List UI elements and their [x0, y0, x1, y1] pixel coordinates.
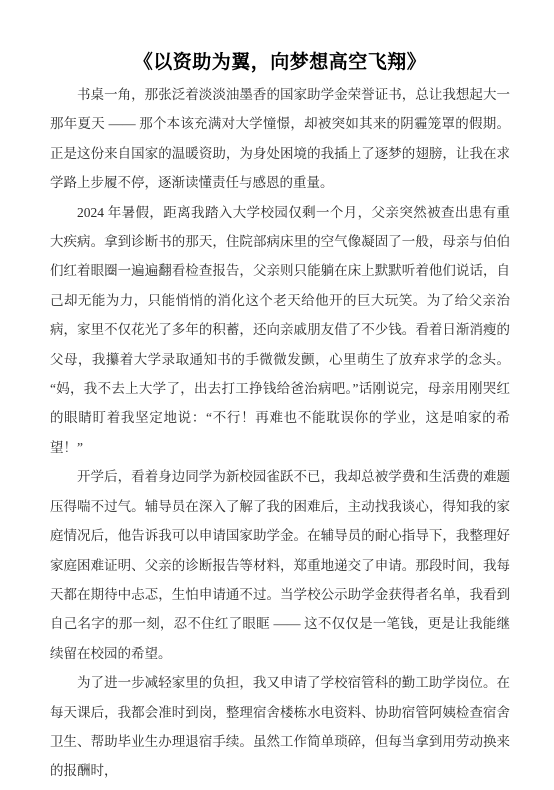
document-title: 《以资助为翼，向梦想高空飞翔》: [50, 46, 510, 78]
paragraph-4: 为了进一步减轻家里的负担，我又申请了学校宿管科的勤工助学岗位。在每天课后，我都会…: [50, 668, 510, 786]
paragraph-3: 开学后，看着身边同学为新校园雀跃不已，我却总被学费和生活费的难题压得喘不过气。辅…: [50, 462, 510, 668]
document-body: 书桌一角，那张泛着淡淡油墨香的国家助学金荣誉证书，总让我想起大一那年夏天 —— …: [50, 80, 510, 786]
paragraph-2: 2024 年暑假，距离我踏入大学校园仅剩一个月，父亲突然被查出患有重大疾病。拿到…: [50, 198, 510, 463]
document-page: 《以资助为翼，向梦想高空飞翔》 书桌一角，那张泛着淡淡油墨香的国家助学金荣誉证书…: [0, 0, 554, 790]
paragraph-1: 书桌一角，那张泛着淡淡油墨香的国家助学金荣誉证书，总让我想起大一那年夏天 —— …: [50, 80, 510, 198]
